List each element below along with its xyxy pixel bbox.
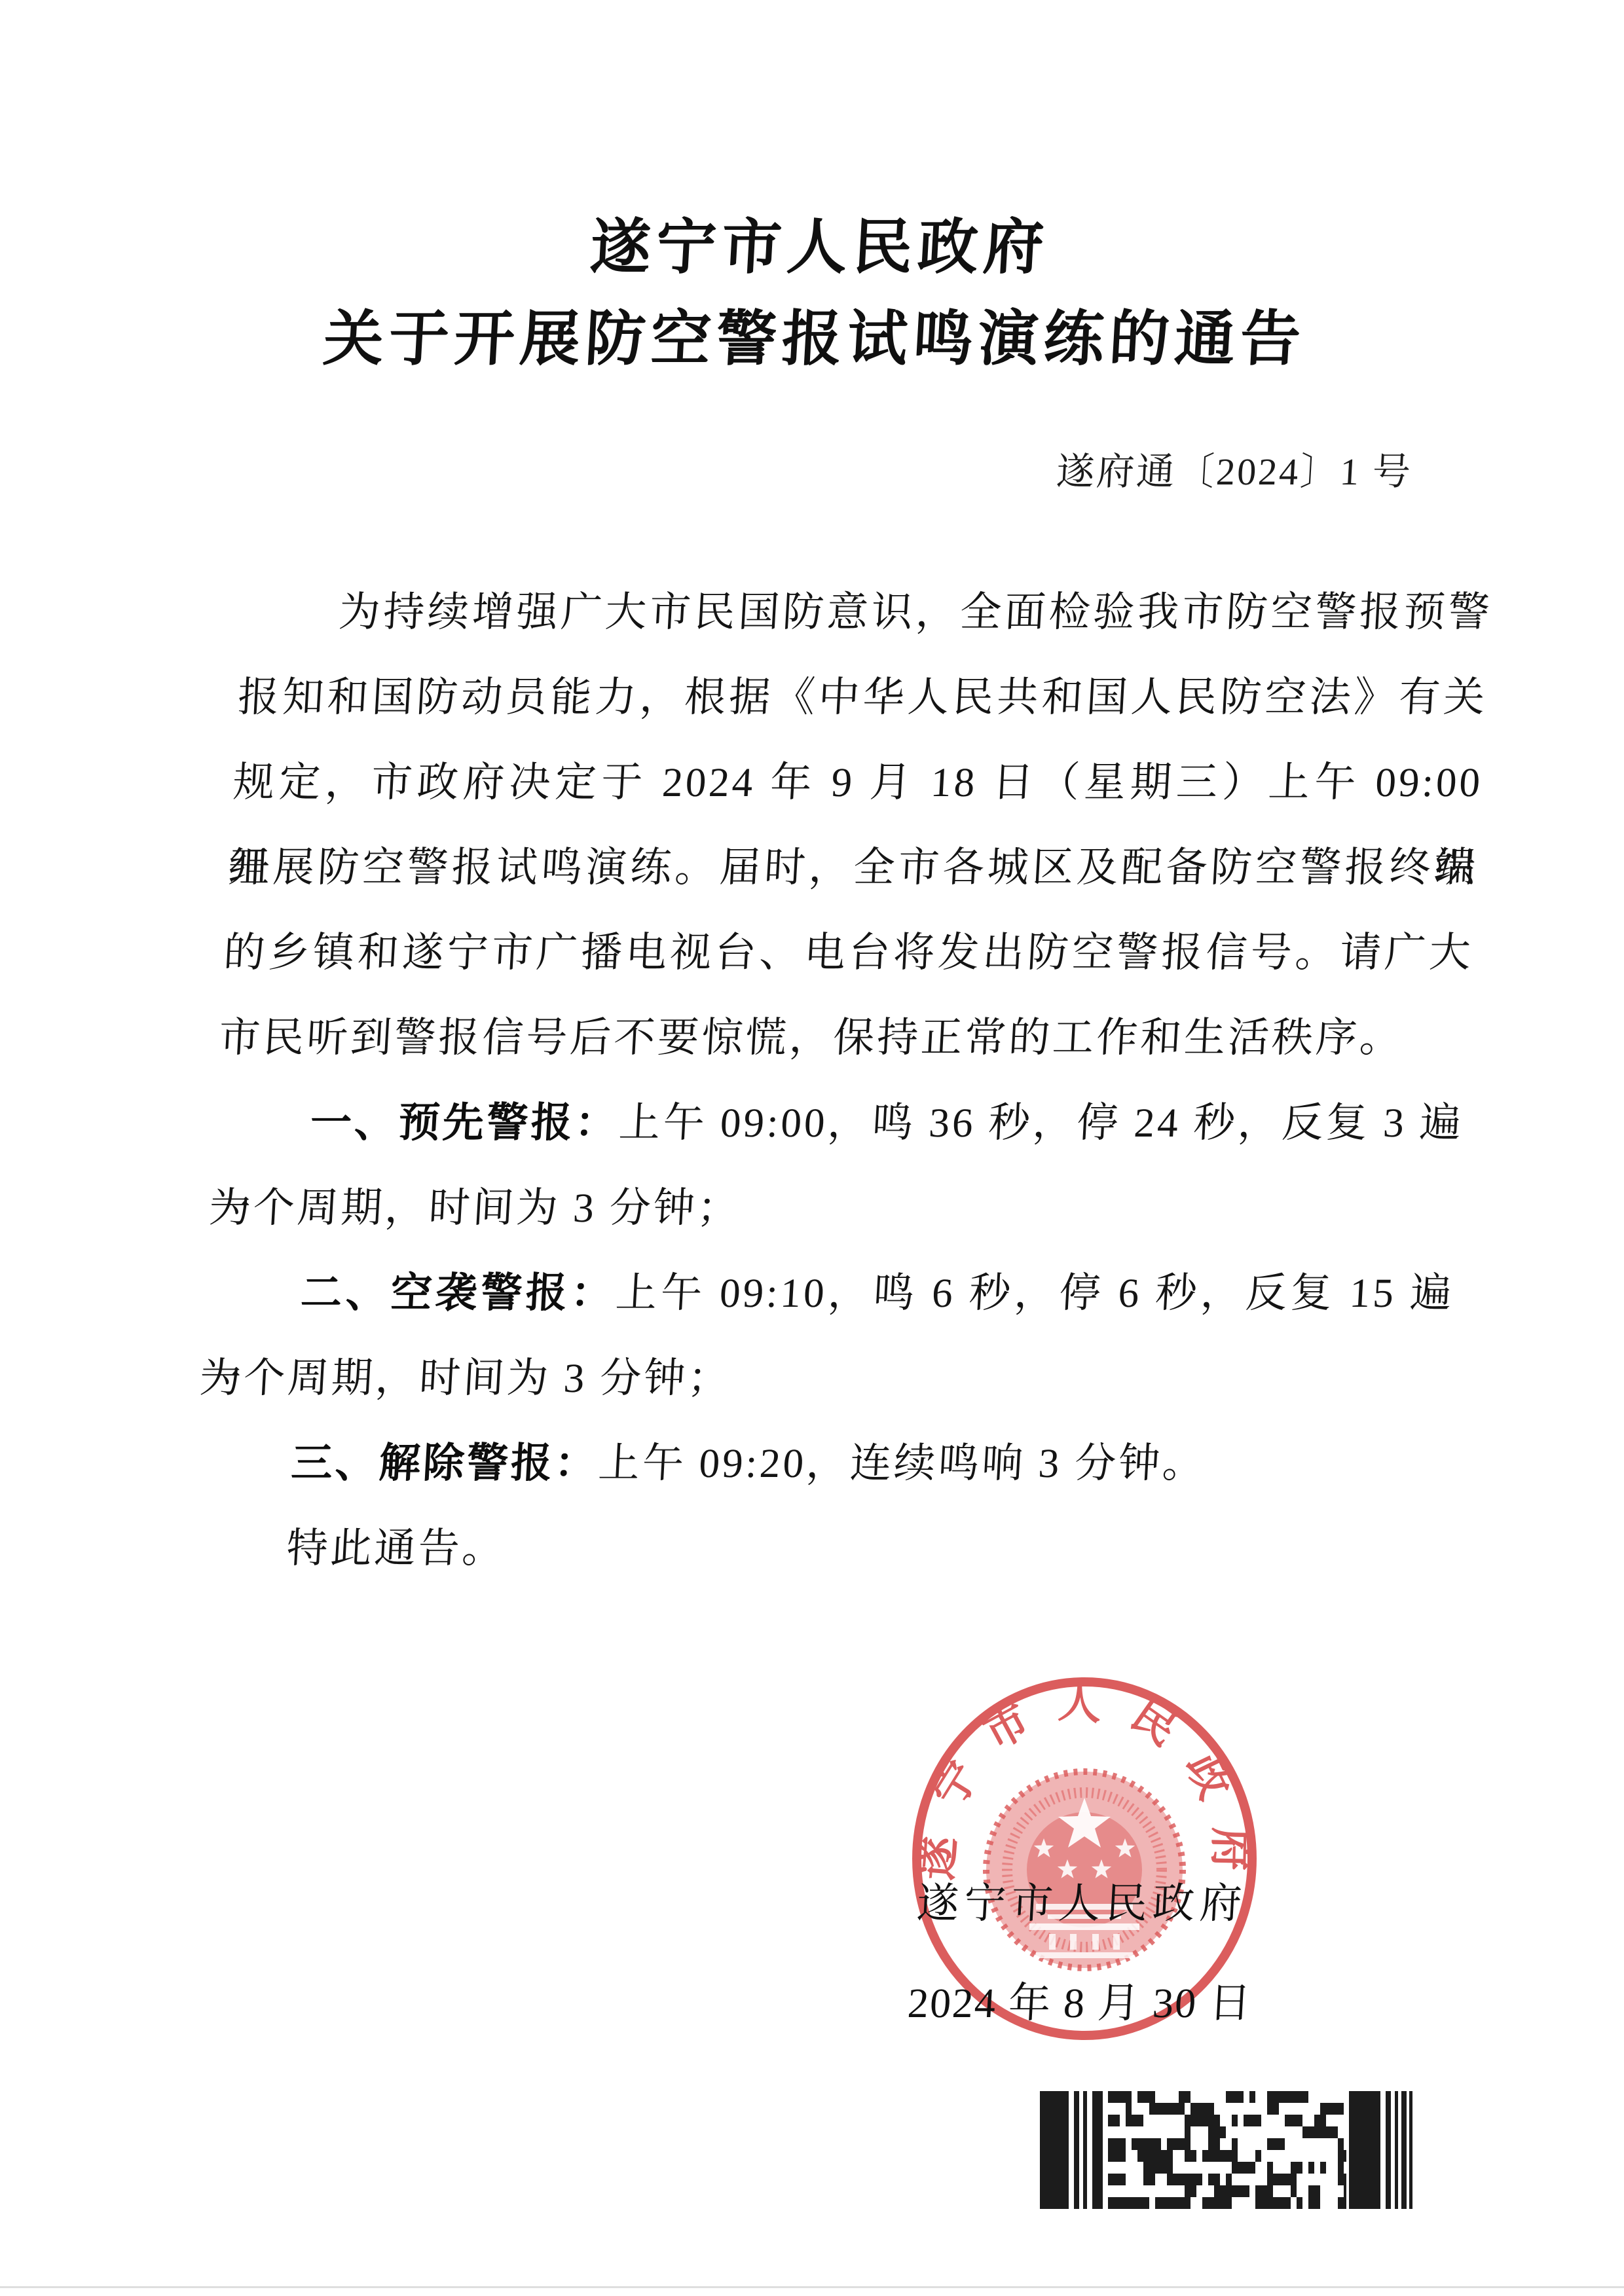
document-number: 遂府通〔2024〕1 号	[187, 450, 1414, 494]
issuer-signature: 遂宁市人民政府	[915, 1870, 1249, 1930]
body-line: 的乡镇和遂宁市广播电视台、电台将发出防空警报信号。请广大	[221, 910, 1475, 995]
alarm-item-label: 二、空袭警报：	[299, 1270, 617, 1316]
body-line: 市民听到警报信号后不要惊慌，保持正常的工作和生活秩序。	[217, 995, 1471, 1080]
body-line: 特此通告。	[188, 1506, 1442, 1591]
body-line-text: 开展防空警报试鸣演练。届时，全市各城区及配备防空警报终端	[227, 845, 1479, 890]
body-line: 报知和国防动员能力，根据《中华人民共和国人民防空法》有关	[236, 655, 1490, 740]
body-line: 二、空袭警报：上午 09:10，鸣 6 秒，停 6 秒，反复 15 遍为	[202, 1250, 1456, 1336]
body-line-text: 市民听到警报信号后不要惊慌，保持正常的工作和生活秩序。	[217, 1015, 1405, 1061]
body-line-text: 上午 09:20，连续鸣响 3 分钟。	[597, 1440, 1208, 1486]
body-line-text: 为持续增强广大市民国防意识，全面检验我市防空警报预警	[338, 589, 1494, 635]
document-title-line1: 遂宁市人民政府	[192, 202, 1448, 293]
issue-date: 2024 年 8 月 30 日	[906, 1969, 1254, 2030]
body-line-text: 特此通告。	[286, 1525, 507, 1571]
body-line-text: 一个周期，时间为 3 分钟；	[208, 1185, 743, 1231]
body-line: 开展防空警报试鸣演练。届时，全市各城区及配备防空警报终端	[226, 825, 1480, 910]
body-line: 为持续增强广大市民国防意识，全面检验我市防空警报预警	[240, 570, 1494, 655]
body-line: 三、解除警报：上午 09:20，连续鸣响 3 分钟。	[193, 1421, 1447, 1506]
alarm-item-label: 三、解除警报：	[290, 1440, 600, 1486]
body-line: 一个周期，时间为 3 分钟；	[198, 1336, 1452, 1421]
body-line-text: 一个周期，时间为 3 分钟；	[198, 1355, 733, 1401]
body-line: 规定，市政府决定于 2024 年 9 月 18 日（星期三）上午 09:00 组…	[231, 740, 1485, 825]
body-line: 一个周期，时间为 3 分钟；	[207, 1165, 1461, 1250]
document-title: 遂宁市人民政府 关于开展防空警报试鸣演练的通告	[187, 202, 1448, 385]
alarm-item-label: 一、预先警报：	[309, 1100, 620, 1146]
document-title-line2: 关于开展防空警报试鸣演练的通告	[187, 293, 1443, 385]
body-line-text: 报知和国防动员能力，根据《中华人民共和国人民防空法》有关	[236, 674, 1488, 720]
scan-edge-line	[0, 2286, 1624, 2288]
body-line-text: 的乡镇和遂宁市广播电视台、电台将发出防空警报信号。请广大	[223, 930, 1475, 975]
body-line: 一、预先警报：上午 09:00，鸣 36 秒，停 24 秒，反复 3 遍为	[212, 1080, 1466, 1165]
document-body: 为持续增强广大市民国防意识，全面检验我市防空警报预警报知和国防动员能力，根据《中…	[188, 570, 1494, 1591]
document-page: 遂宁市人民政府 关于开展防空警报试鸣演练的通告 遂府通〔2024〕1 号 为持续…	[0, 0, 1624, 2296]
pdf417-barcode	[1040, 2091, 1428, 2209]
